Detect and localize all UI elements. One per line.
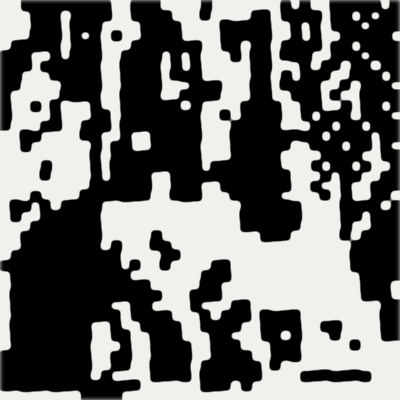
bitmap-canvas xyxy=(0,0,400,400)
binarized-photo xyxy=(0,0,400,400)
